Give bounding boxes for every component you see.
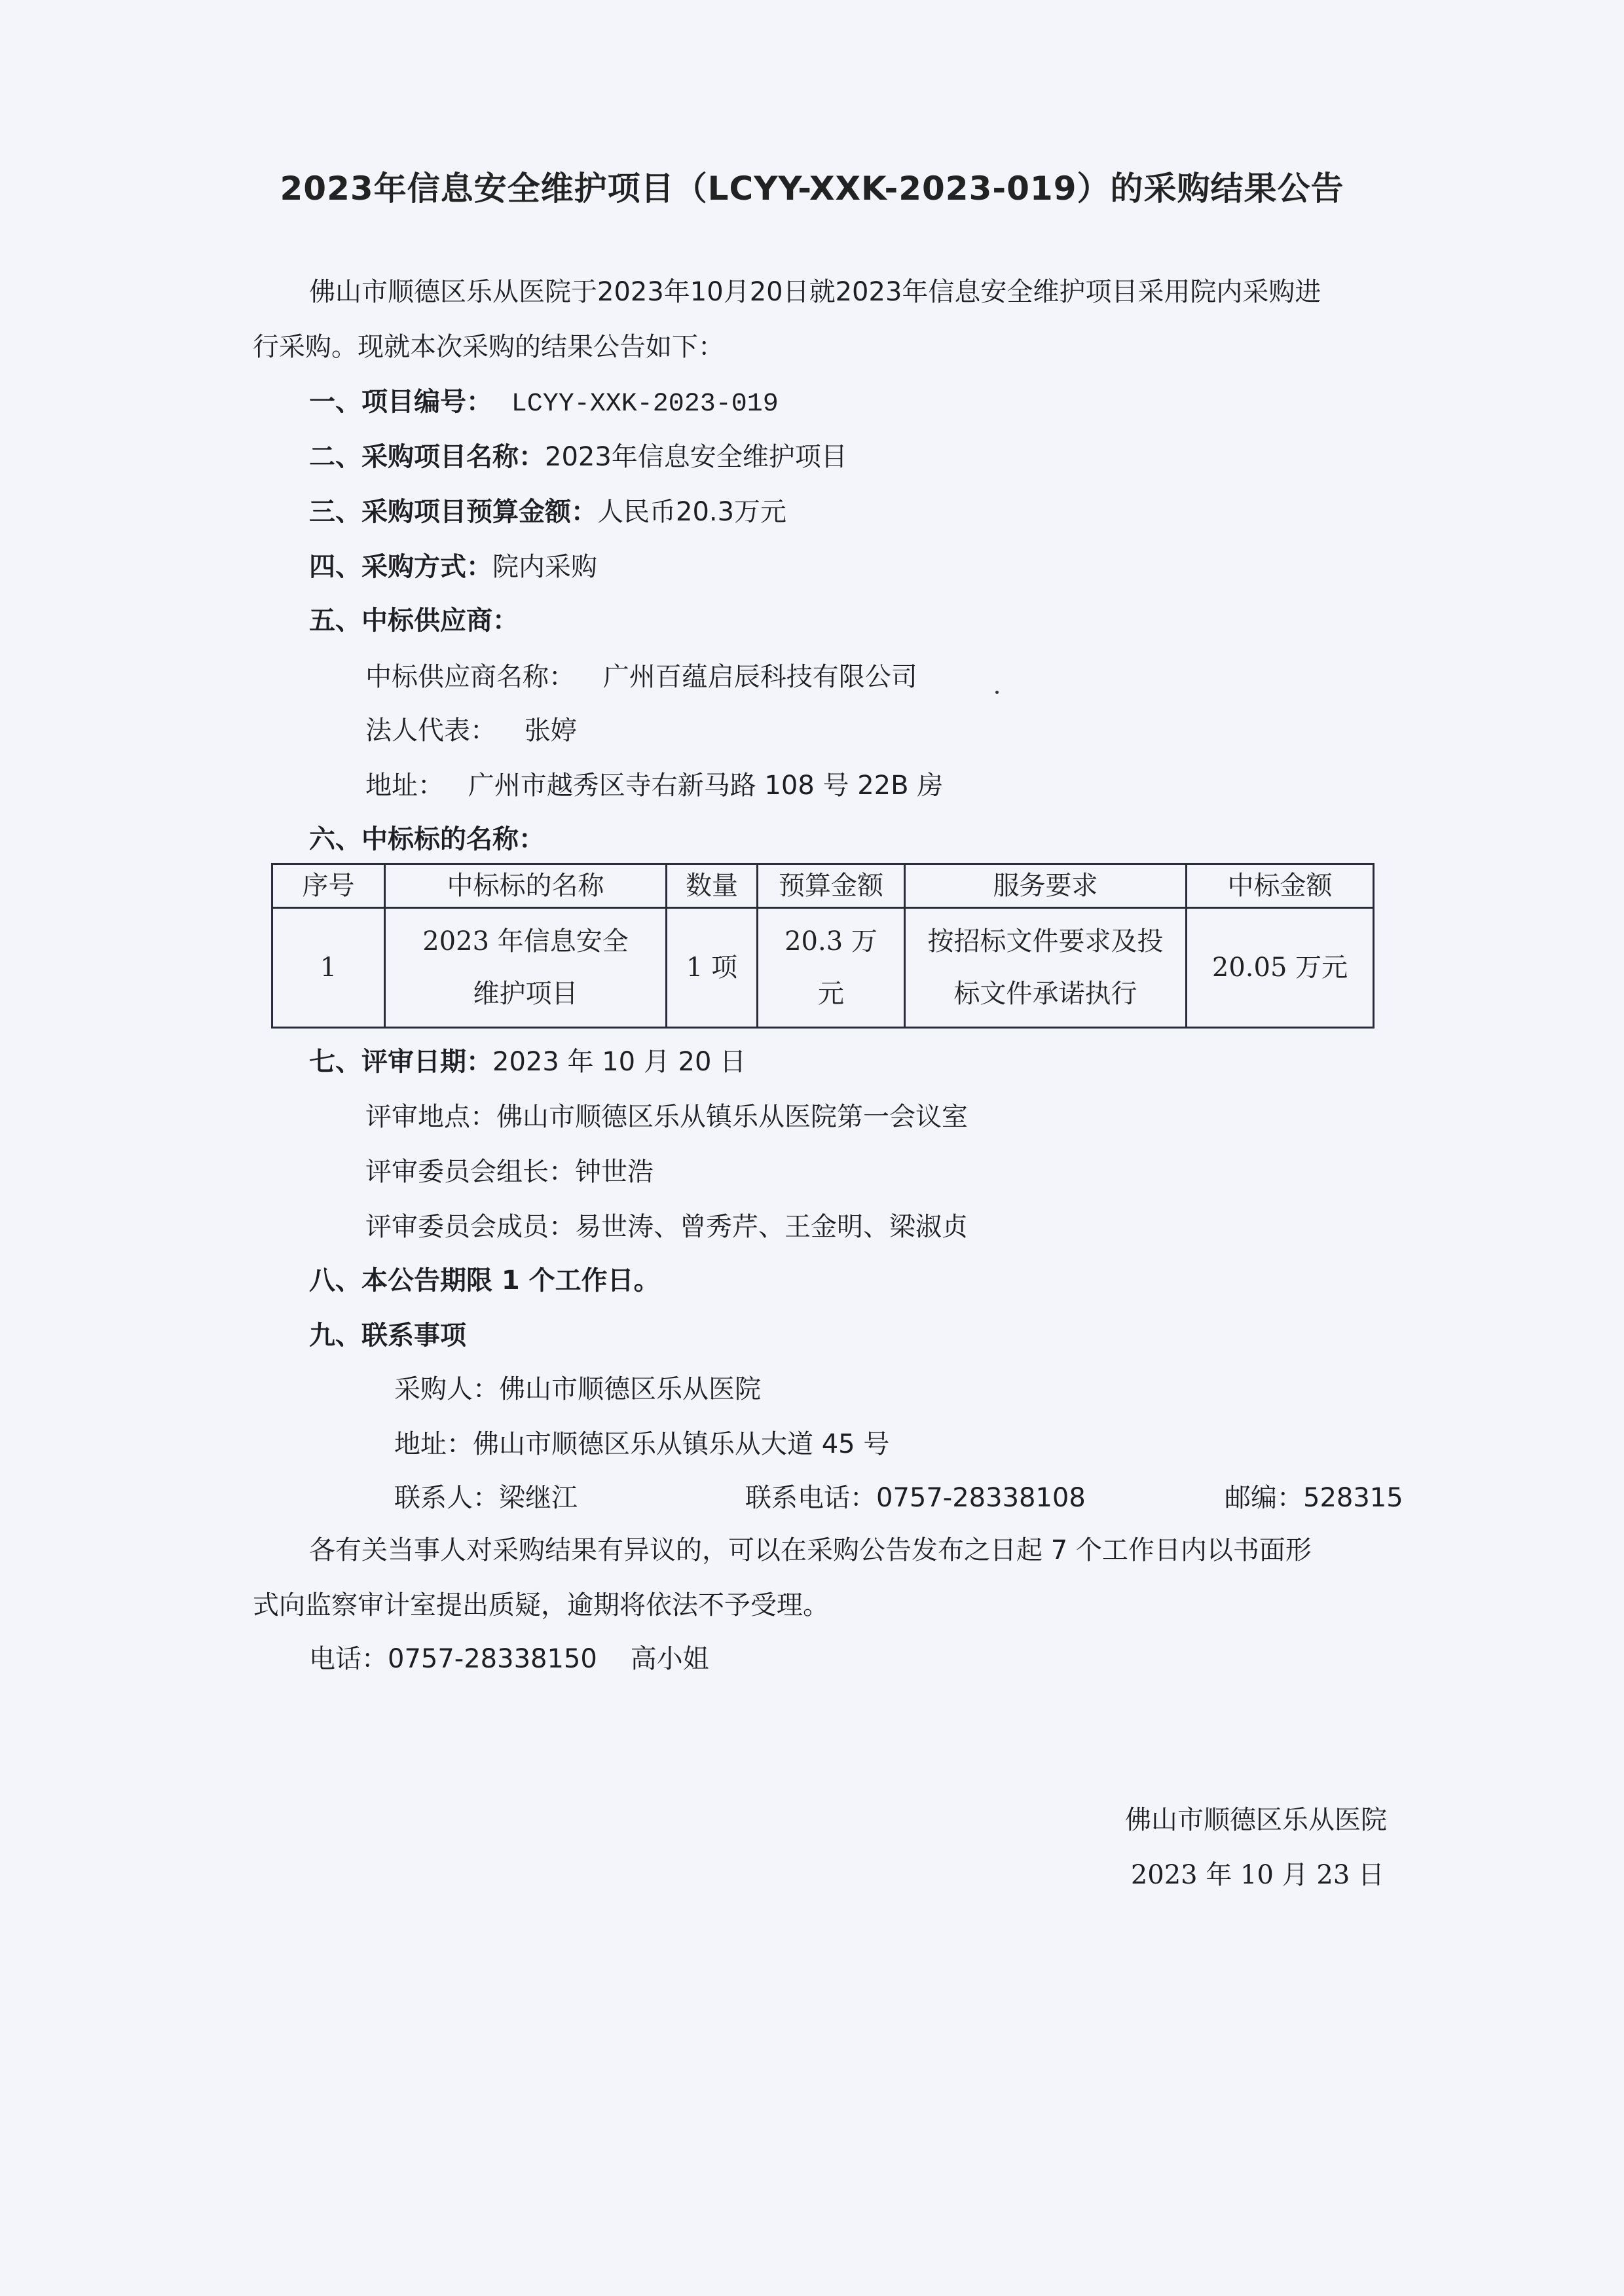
objection-line-1: 各有关当事人对采购结果有异议的，可以在采购公告发布之日起 7 个工作日内以书面形: [309, 1536, 1312, 1565]
supplier-address-row: 地址： 广州市越秀区寺右新马路 108 号 22B 房: [365, 771, 943, 800]
review-date-value: 2023 年 10 月 20 日: [492, 1047, 746, 1077]
contact-person: 联系人：梁继江: [394, 1484, 578, 1512]
section-method: 四、采购方式：院内采购: [309, 553, 597, 581]
header-item-name: 中标标的名称: [385, 864, 667, 908]
header-award-amount: 中标金额: [1187, 864, 1374, 908]
method-value: 院内采购: [492, 552, 597, 582]
section-label: 二、采购项目名称：: [309, 442, 545, 472]
header-index: 序号: [272, 864, 385, 908]
intro-line-2: 行采购。现就本次采购的结果公告如下：: [253, 333, 724, 361]
signature-org: 佛山市顺德区乐从医院: [1125, 1806, 1387, 1834]
review-members: 评审委员会成员：易世涛、曾秀芹、王金明、梁淑贞: [365, 1212, 968, 1241]
table-row: 1 2023 年信息安全维护项目 1 项 20.3 万元 按招标文件要求及投标文…: [272, 908, 1374, 1028]
cell-index: 1: [272, 908, 385, 1028]
header-budget: 预算金额: [758, 864, 905, 908]
supplier-address-value: 广州市越秀区寺右新马路 108 号 22B 房: [468, 771, 944, 801]
page-title: 2023年信息安全维护项目（LCYY-XXK-2023-019）的采购结果公告: [0, 162, 1624, 210]
section-notice-period: 八、本公告期限 1 个工作日。: [309, 1266, 660, 1295]
contact-address: 地址：佛山市顺德区乐从镇乐从大道 45 号: [394, 1430, 889, 1459]
legal-rep-value: 张婷: [525, 716, 577, 746]
supplier-name-label: 中标供应商名称：: [365, 662, 575, 692]
header-service-req: 服务要求: [905, 864, 1187, 908]
signature-date: 2023 年 10 月 23 日: [1131, 1861, 1384, 1889]
contact-purchaser: 采购人：佛山市顺德区乐从医院: [394, 1375, 761, 1404]
section-contact-label: 九、联系事项: [309, 1321, 466, 1350]
section-supplier-label: 五、中标供应商：: [309, 606, 519, 635]
project-name-value: 2023年信息安全维护项目: [545, 442, 847, 472]
review-place: 评审地点：佛山市顺德区乐从镇乐从医院第一会议室: [365, 1102, 968, 1131]
contact-postcode: 邮编：528315: [1225, 1484, 1403, 1512]
cell-service-req: 按招标文件要求及投标文件承诺执行: [905, 908, 1187, 1028]
header-quantity: 数量: [667, 864, 758, 908]
contact-phone: 联系电话：0757-28338108: [745, 1484, 1086, 1512]
objection-line-2: 式向监察审计室提出质疑，逾期将依法不予受理。: [253, 1591, 829, 1620]
section-label: 七、评审日期：: [309, 1047, 492, 1077]
section-review-date: 七、评审日期：2023 年 10 月 20 日: [309, 1048, 746, 1076]
objection-phone: 电话：0757-28338150 高小姐: [309, 1645, 709, 1673]
cell-quantity: 1 项: [667, 908, 758, 1028]
review-leader: 评审委员会组长：钟世浩: [365, 1157, 654, 1186]
section-label: 四、采购方式：: [309, 552, 492, 582]
cell-budget: 20.3 万元: [758, 908, 905, 1028]
stray-mark: [995, 691, 999, 694]
section-label: 一、项目编号：: [309, 387, 492, 417]
project-number-value: LCYY-XXK-2023-019: [511, 390, 779, 419]
legal-rep-row: 法人代表： 张婷: [365, 716, 577, 745]
table-header-row: 序号 中标标的名称 数量 预算金额 服务要求 中标金额: [272, 864, 1374, 908]
section-award-label: 六、中标标的名称：: [309, 825, 545, 854]
supplier-name-value: 广州百蕴启辰科技有限公司: [603, 662, 917, 692]
legal-rep-label: 法人代表：: [365, 716, 496, 746]
budget-value: 人民币20.3万元: [597, 497, 786, 527]
cell-item-name: 2023 年信息安全维护项目: [385, 908, 667, 1028]
section-budget: 三、采购项目预算金额：人民币20.3万元: [309, 498, 786, 526]
section-project-name: 二、采购项目名称：2023年信息安全维护项目: [309, 443, 847, 471]
cell-award-amount: 20.05 万元: [1187, 908, 1374, 1028]
award-table: 序号 中标标的名称 数量 预算金额 服务要求 中标金额 1 2023 年信息安全…: [271, 863, 1375, 1029]
intro-line-1: 佛山市顺德区乐从医院于2023年10月20日就2023年信息安全维护项目采用院内…: [309, 278, 1321, 306]
supplier-name-row: 中标供应商名称： 广州百蕴启辰科技有限公司: [365, 663, 917, 691]
section-project-number: 一、项目编号： LCYY-XXK-2023-019: [309, 388, 779, 419]
section-label: 三、采购项目预算金额：: [309, 497, 597, 527]
supplier-address-label: 地址：: [365, 771, 444, 801]
